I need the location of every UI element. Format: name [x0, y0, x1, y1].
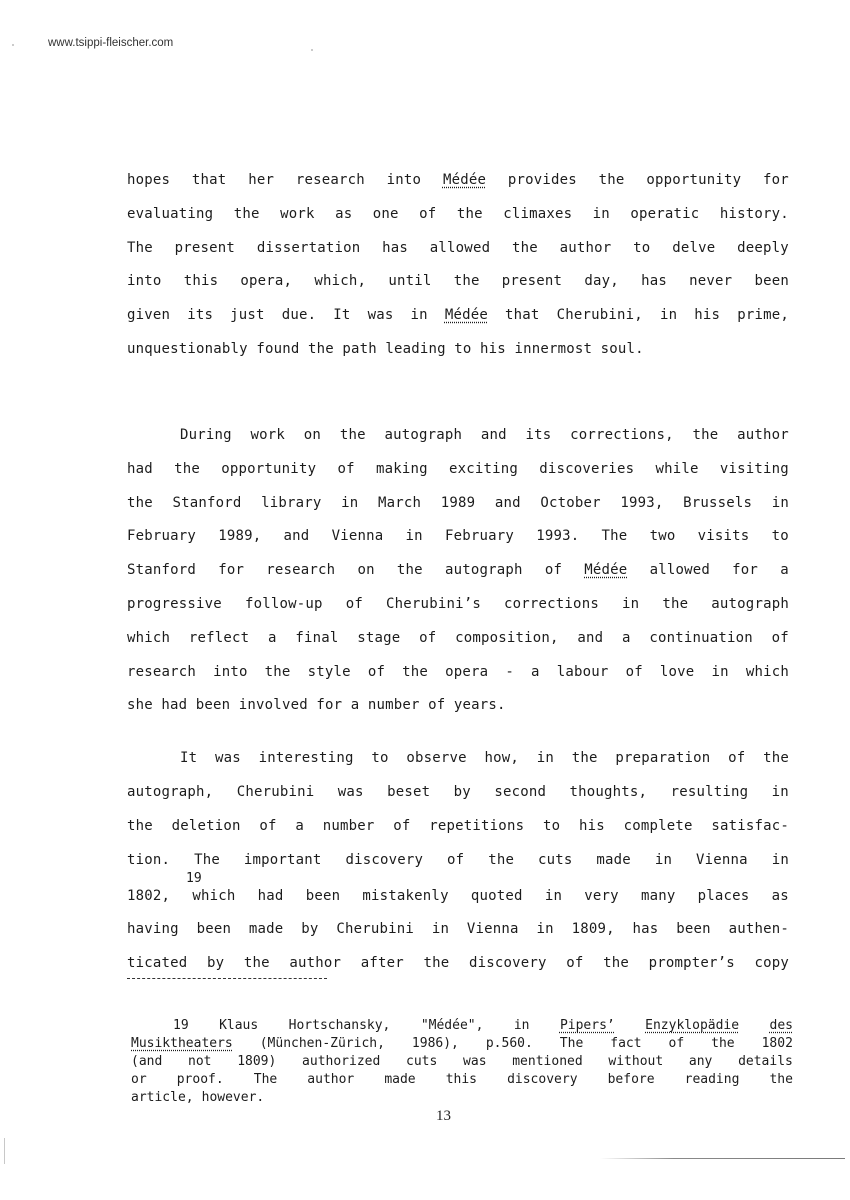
word: follow-up	[245, 596, 323, 612]
word: in	[411, 307, 428, 323]
word: February	[445, 528, 514, 544]
word: made	[596, 852, 631, 868]
word: repetitions	[429, 818, 524, 834]
word: authen-	[729, 921, 789, 937]
word: in	[772, 784, 789, 800]
word: The	[194, 852, 220, 868]
text-line: theStanfordlibraryinMarch1989andOctober1…	[127, 495, 789, 511]
word: visits	[698, 528, 750, 544]
word: final	[295, 630, 338, 646]
word: Vienna	[467, 921, 519, 937]
word: path	[342, 341, 377, 357]
word: 1986),	[412, 1036, 459, 1051]
word: opera	[445, 664, 488, 680]
word: The	[560, 1036, 583, 1051]
word: on	[357, 562, 374, 578]
text-line: Thepresentdissertationhasallowedtheautho…	[127, 240, 789, 256]
word: the	[711, 1036, 734, 1051]
word: by	[207, 955, 224, 971]
word: exciting	[449, 461, 518, 477]
word: in	[432, 921, 449, 937]
word: autograph,	[127, 784, 213, 800]
word: by	[301, 921, 318, 937]
word: which,	[314, 273, 366, 289]
word: soul.	[601, 341, 644, 357]
word: been	[754, 273, 789, 289]
word: as	[772, 888, 789, 904]
word: the	[397, 562, 423, 578]
word: present	[502, 273, 562, 289]
word-emphasis: Médée	[445, 307, 488, 323]
text-line: tion.Theimportantdiscoveryofthecutsmadei…	[127, 852, 789, 868]
scan-edge-mark	[4, 1138, 5, 1164]
word: the	[265, 664, 291, 680]
word: due.	[282, 307, 317, 323]
word: of	[447, 852, 464, 868]
word: the	[692, 427, 718, 443]
word: the	[234, 206, 260, 222]
word: the	[127, 495, 153, 511]
word: composition,	[455, 630, 559, 646]
word: in	[545, 888, 562, 904]
word: the	[127, 818, 153, 834]
footnote-separator	[127, 978, 327, 979]
word: autograph	[445, 562, 523, 578]
word: to	[772, 528, 789, 544]
word: second	[494, 784, 546, 800]
word: or	[131, 1072, 147, 1087]
word: the	[572, 750, 598, 766]
word: for	[732, 562, 758, 578]
word: the	[423, 955, 449, 971]
word: details	[738, 1054, 793, 1069]
word: prime,	[737, 307, 789, 323]
word: any	[689, 1054, 712, 1069]
footnote-line: Musiktheaters(München-Zürich,1986),p.560…	[131, 1036, 793, 1051]
scan-speck	[12, 44, 14, 46]
word: 1802	[762, 1036, 793, 1051]
word: author	[307, 1072, 354, 1087]
word: the	[244, 955, 270, 971]
word: which	[127, 630, 170, 646]
word-emphasis: Pipers’	[560, 1018, 615, 1033]
word: p.560.	[486, 1036, 533, 1051]
word: which	[746, 664, 789, 680]
word: love	[660, 664, 695, 680]
text-line: researchintothestyleoftheopera-alabourof…	[127, 664, 789, 680]
text-line: havingbeenmadebyCherubiniinViennain1809,…	[127, 921, 789, 937]
word: which	[192, 888, 235, 904]
word: the	[763, 750, 789, 766]
word: while	[655, 461, 698, 477]
word: evaluating	[127, 206, 213, 222]
word: prompter’s	[649, 955, 735, 971]
word: work	[280, 206, 315, 222]
word: of	[259, 818, 276, 834]
word: Cherubini,	[557, 307, 643, 323]
word: fact	[610, 1036, 641, 1051]
word: satisfac-	[711, 818, 789, 834]
word: in	[536, 921, 553, 937]
word: had	[161, 697, 187, 713]
word: opportunity	[221, 461, 316, 477]
word: a	[622, 630, 631, 646]
word: unquestionably	[127, 341, 248, 357]
word: years.	[454, 697, 506, 713]
word: the	[402, 664, 428, 680]
word: research	[266, 562, 335, 578]
word: beset	[387, 784, 430, 800]
word: Vienna	[332, 528, 384, 544]
word: been	[196, 697, 231, 713]
word: complete	[624, 818, 693, 834]
text-line: 1802,whichhadbeenmistakenlyquotedinverym…	[127, 888, 789, 904]
text-line: unquestionablyfoundthepathleadingtohisin…	[127, 341, 652, 357]
word: preparation	[615, 750, 710, 766]
word: was	[338, 784, 364, 800]
word: as	[335, 206, 352, 222]
word: of	[419, 206, 436, 222]
text-line: autograph,Cherubiniwasbesetbysecondthoug…	[127, 784, 789, 800]
word: for	[763, 172, 789, 188]
word: of	[346, 596, 363, 612]
word: 19	[173, 1018, 189, 1033]
word: research	[127, 664, 196, 680]
word: in	[772, 495, 789, 511]
underlined-title: Médée	[445, 307, 488, 323]
word: authorized	[302, 1054, 380, 1069]
word: involved	[239, 697, 308, 713]
underlined-title: des	[770, 1018, 793, 1033]
word: making	[376, 461, 428, 477]
word: his	[480, 341, 506, 357]
word: in	[772, 852, 789, 868]
word: thoughts,	[570, 784, 648, 800]
word: a	[780, 562, 789, 578]
word: quoted	[471, 888, 523, 904]
word: October	[540, 495, 600, 511]
word: on	[304, 427, 321, 443]
word: Hortschansky,	[289, 1018, 391, 1033]
word: to	[633, 240, 650, 256]
word: autograph	[384, 427, 462, 443]
word: 1989,	[218, 528, 261, 544]
footnote-line: (andnot1809)authorizedcutswasmentionedwi…	[131, 1054, 793, 1069]
word: visiting	[720, 461, 789, 477]
word: in	[341, 495, 358, 511]
text-line: February1989,andViennainFebruary1993.The…	[127, 528, 789, 544]
word: without	[608, 1054, 663, 1069]
word: The	[127, 240, 153, 256]
word: the	[308, 341, 334, 357]
word: one	[373, 206, 399, 222]
word-emphasis: Médée	[443, 172, 486, 188]
word: of	[669, 1036, 685, 1051]
word: that	[505, 307, 540, 323]
word: resulting	[671, 784, 749, 800]
word: 1809,	[572, 921, 615, 937]
word: The	[254, 1072, 277, 1087]
word: observe	[406, 750, 466, 766]
word: its	[187, 307, 213, 323]
word: the	[662, 596, 688, 612]
word-emphasis: des	[770, 1018, 793, 1033]
word: of	[545, 562, 562, 578]
word: history.	[720, 206, 789, 222]
word: climaxes	[503, 206, 572, 222]
word-emphasis: Musiktheaters	[131, 1036, 233, 1051]
word: been	[676, 921, 711, 937]
word: deletion	[172, 818, 241, 834]
word: the	[769, 1072, 792, 1087]
text-line: Itwasinterestingtoobservehow,intheprepar…	[180, 750, 789, 766]
word: author	[737, 427, 789, 443]
text-line: hopesthatherresearchintoMédéeprovidesthe…	[127, 172, 789, 188]
word: author	[560, 240, 612, 256]
word: Stanford	[172, 495, 241, 511]
word: before	[608, 1072, 655, 1087]
word: a	[531, 664, 540, 680]
word: many	[641, 888, 676, 904]
word: to	[371, 750, 388, 766]
word: The	[602, 528, 628, 544]
word: continuation	[649, 630, 753, 646]
word: reflect	[189, 630, 249, 646]
word: progressive	[127, 596, 222, 612]
footnote-line: article,however.	[131, 1090, 793, 1105]
word: tion.	[127, 852, 170, 868]
word: number	[323, 818, 375, 834]
word: his	[579, 818, 605, 834]
word: until	[388, 273, 431, 289]
word: allowed	[650, 562, 710, 578]
word: having	[127, 921, 179, 937]
word: 1989	[441, 495, 476, 511]
word: the	[512, 240, 538, 256]
word: for	[218, 562, 244, 578]
word: research	[296, 172, 365, 188]
word: two	[650, 528, 676, 544]
word: after	[361, 955, 404, 971]
word: and	[495, 495, 521, 511]
word: not	[188, 1054, 211, 1069]
word: and	[481, 427, 507, 443]
word: given	[127, 307, 170, 323]
word: day,	[584, 273, 619, 289]
word: March	[378, 495, 421, 511]
word: in	[660, 307, 677, 323]
word: operatic	[630, 206, 699, 222]
word: Cherubini	[237, 784, 315, 800]
word: innermost	[514, 341, 592, 357]
word: "Médée",	[421, 1018, 484, 1033]
word: his	[694, 307, 720, 323]
word: During	[180, 427, 232, 443]
word: found	[256, 341, 299, 357]
word: 1802,	[127, 888, 170, 904]
word: -	[505, 664, 514, 680]
word: of	[393, 818, 410, 834]
word: library	[261, 495, 321, 511]
word: for	[316, 697, 342, 713]
word: the	[174, 461, 200, 477]
word: the	[340, 427, 366, 443]
word: present	[175, 240, 235, 256]
word: in	[514, 1018, 530, 1033]
text-line: intothisopera,which,untilthepresentday,h…	[127, 273, 789, 289]
word: of	[772, 630, 789, 646]
word: the	[457, 206, 483, 222]
word: mentioned	[512, 1054, 582, 1069]
word: mistakenly	[362, 888, 448, 904]
scan-speck	[311, 49, 313, 51]
word: labour	[557, 664, 609, 680]
underlined-title: Enzyklopädie	[645, 1018, 739, 1033]
text-line: whichreflectafinalstageofcomposition,and…	[127, 630, 789, 646]
word: Klaus	[219, 1018, 258, 1033]
footnote-marker[interactable]: 19	[186, 871, 202, 886]
word: cuts	[538, 852, 573, 868]
word: author	[289, 955, 341, 971]
word: discoveries	[539, 461, 634, 477]
word: into	[127, 273, 162, 289]
text-line: hadtheopportunityofmakingexcitingdiscove…	[127, 461, 789, 477]
word-emphasis: Enzyklopädie	[645, 1018, 739, 1033]
underlined-title: Médée	[584, 562, 627, 578]
word: cuts	[406, 1054, 437, 1069]
word: opera,	[240, 273, 292, 289]
word: made	[249, 921, 284, 937]
word: 1993.	[536, 528, 579, 544]
word: discovery	[507, 1072, 577, 1087]
text-line: evaluatingtheworkasoneoftheclimaxesinope…	[127, 206, 789, 222]
word: she	[127, 697, 153, 713]
word: article,	[131, 1090, 194, 1105]
word: delve	[672, 240, 715, 256]
word: autograph	[711, 596, 789, 612]
text-line: progressivefollow-upofCherubini’scorrect…	[127, 596, 789, 612]
bottom-rule	[600, 1158, 845, 1159]
word: in	[593, 206, 610, 222]
footnote-line: orproof.Theauthormadethisdiscoverybefore…	[131, 1072, 793, 1087]
word-emphasis: Médée	[584, 562, 627, 578]
text-line: thedeletionofanumberofrepetitionstohisco…	[127, 818, 789, 834]
word: has	[641, 273, 667, 289]
word: 1809)	[237, 1054, 276, 1069]
underlined-title: Pipers’	[560, 1018, 615, 1033]
word: copy	[754, 955, 789, 971]
word: corrections,	[570, 427, 674, 443]
word: deeply	[737, 240, 789, 256]
text-line: Duringworkontheautographanditscorrection…	[180, 427, 789, 443]
word: Cherubini’s	[386, 596, 481, 612]
word: of	[368, 664, 385, 680]
word: provides	[508, 172, 577, 188]
word: Vienna	[696, 852, 748, 868]
word: discovery	[469, 955, 547, 971]
word: It	[333, 307, 350, 323]
word: the	[603, 955, 629, 971]
underlined-title: Médée	[443, 172, 486, 188]
word: style	[308, 664, 351, 680]
word: hopes	[127, 172, 170, 188]
word: corrections	[504, 596, 599, 612]
word: places	[698, 888, 750, 904]
word: of	[728, 750, 745, 766]
word: the	[488, 852, 514, 868]
word: been	[197, 921, 232, 937]
word: was	[368, 307, 394, 323]
word: important	[244, 852, 322, 868]
word: had	[127, 461, 153, 477]
page-number: 13	[436, 1108, 451, 1125]
word: how,	[485, 750, 520, 766]
text-line: shehadbeeninvolvedforanumberofyears.	[127, 697, 514, 713]
word: opportunity	[646, 172, 741, 188]
word: ticated	[127, 955, 187, 971]
word: number	[368, 697, 420, 713]
word: in	[537, 750, 554, 766]
word: was	[463, 1054, 486, 1069]
word: a	[351, 697, 360, 713]
word: of	[626, 664, 643, 680]
word: this	[446, 1072, 477, 1087]
word: by	[454, 784, 471, 800]
word: Cherubini	[336, 921, 414, 937]
footnote-line: 19KlausHortschansky,"Médée",inPipers’Enz…	[173, 1018, 793, 1033]
word: a	[295, 818, 304, 834]
word: dissertation	[257, 240, 361, 256]
underlined-title: Musiktheaters	[131, 1036, 233, 1051]
word: Stanford	[127, 562, 196, 578]
word: allowed	[430, 240, 490, 256]
word: never	[689, 273, 732, 289]
text-line: givenitsjustdue.ItwasinMédéethatCherubin…	[127, 307, 789, 323]
word: a	[268, 630, 277, 646]
word: just	[230, 307, 265, 323]
word: in	[406, 528, 423, 544]
word: stage	[357, 630, 400, 646]
word: in	[622, 596, 639, 612]
word: into	[213, 664, 248, 680]
word: interesting	[259, 750, 354, 766]
word: of	[566, 955, 583, 971]
word: It	[180, 750, 197, 766]
text-line: ticatedbytheauthorafterthediscoveryofthe…	[127, 955, 789, 971]
word: had	[258, 888, 284, 904]
word: has	[633, 921, 659, 937]
word: and	[284, 528, 310, 544]
word: reading	[685, 1072, 740, 1087]
word: in	[712, 664, 729, 680]
word: of	[419, 630, 436, 646]
word: its	[526, 427, 552, 443]
word: into	[387, 172, 422, 188]
word: that	[192, 172, 227, 188]
word: leading	[385, 341, 445, 357]
word: (and	[131, 1054, 162, 1069]
word: 1993,	[620, 495, 663, 511]
word: February	[127, 528, 196, 544]
word: Brussels	[683, 495, 752, 511]
word: the	[599, 172, 625, 188]
text-line: StanfordforresearchontheautographofMédée…	[127, 562, 789, 578]
word: been	[306, 888, 341, 904]
word: to	[454, 341, 471, 357]
word: however.	[202, 1090, 265, 1105]
word: discovery	[345, 852, 423, 868]
site-url-link[interactable]: www.tsippi-fleischer.com	[48, 37, 173, 49]
